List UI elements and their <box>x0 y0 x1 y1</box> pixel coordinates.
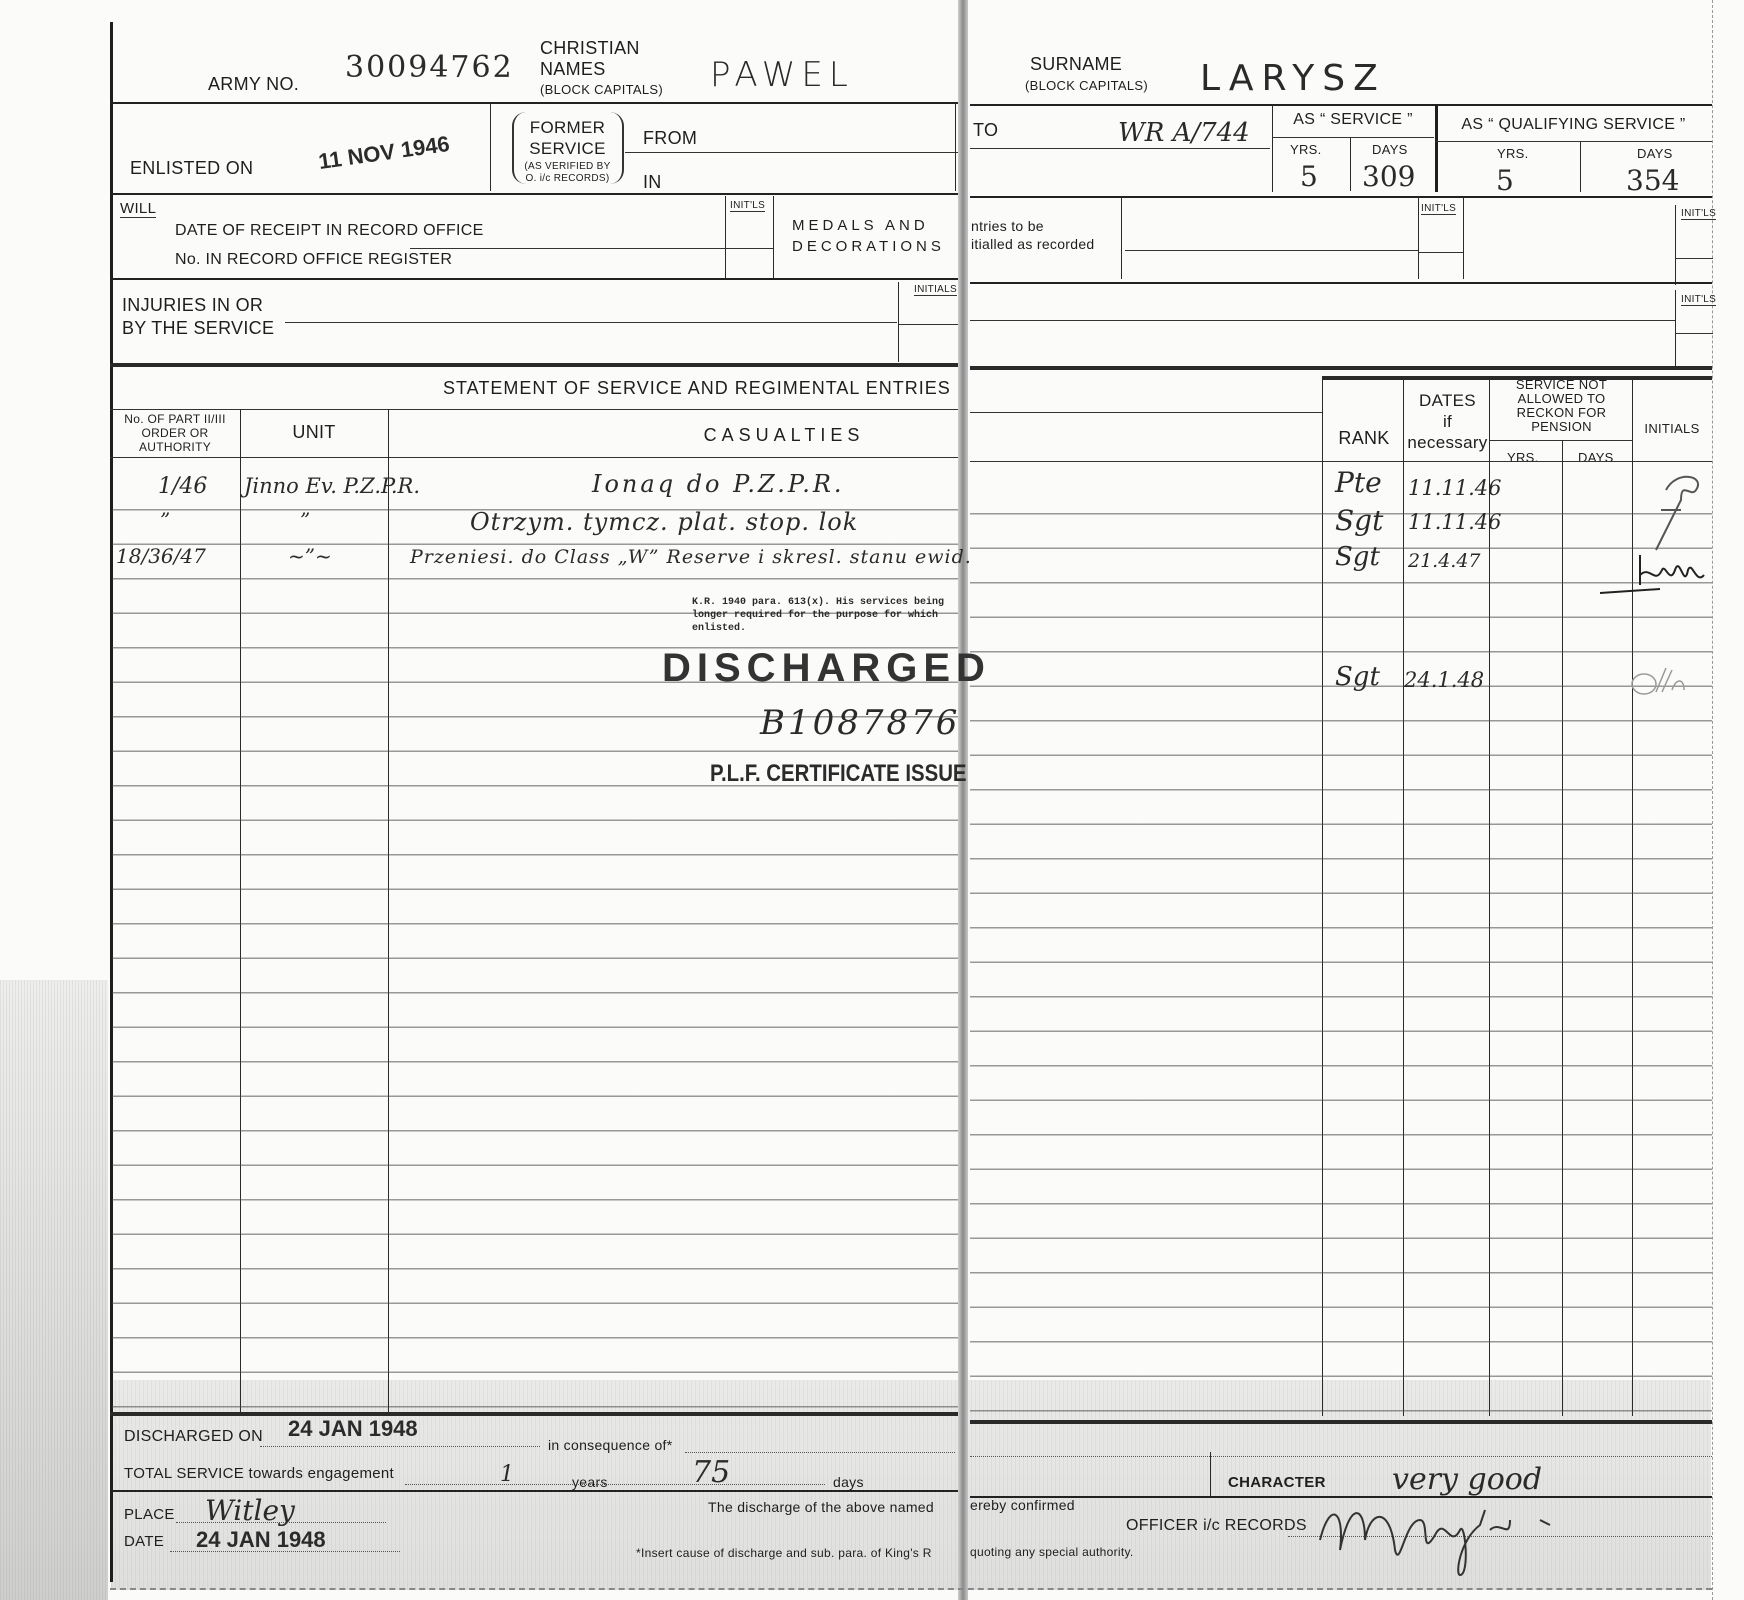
former-service-note: (AS VERIFIED BY <box>520 161 615 172</box>
torn-bottom-edge <box>110 1578 1712 1590</box>
discharge-mid-line-left <box>110 1490 958 1492</box>
col-authority-header: No. OF PART II/III ORDER OR AUTHORITY <box>112 412 238 454</box>
far-initls-mid <box>1675 258 1713 259</box>
total-service-label: TOTAL SERVICE towards engagement <box>124 1465 394 1482</box>
scan-grain-left <box>0 980 108 1600</box>
snap-line-2: ALLOWED TO <box>1490 392 1633 406</box>
header-bottom-line-right <box>970 104 1712 106</box>
place-label: PLACE <box>124 1506 175 1523</box>
column-header-bottom-right <box>970 461 1712 462</box>
enlist-bottom-line-left <box>110 193 958 195</box>
qualifying-underline <box>1435 141 1712 142</box>
row-1-date[interactable]: 11.11.46 <box>1408 476 1502 500</box>
service-yrs-label: YRS. <box>1290 142 1322 157</box>
christian-names-label-2: NAMES <box>540 59 606 80</box>
character-divider <box>1210 1452 1211 1496</box>
medals-initls-right <box>1463 197 1464 279</box>
snap-line-4: PENSION <box>1490 420 1633 434</box>
row-3-date[interactable]: 21.4.47 <box>1408 550 1481 572</box>
qualifying-days-label: DAYS <box>1637 146 1673 161</box>
medals-initls-label: INIT'LS <box>1421 203 1456 215</box>
row-1-casualty[interactable]: Ionaq do P.Z.P.R. <box>592 470 845 498</box>
date-dotline <box>170 1551 400 1552</box>
entries-note-2: itialled as recorded <box>971 236 1095 252</box>
col-dates-line-2: if <box>1405 411 1490 432</box>
row-2-casualty[interactable]: Otrzym. tymcz. plat. stop. lok <box>470 508 858 536</box>
as-qualifying-label: AS “ QUALIFYING SERVICE ” <box>1435 116 1712 134</box>
col-dates-header: DATES if necessary <box>1405 390 1490 453</box>
from-line <box>625 152 958 153</box>
row-1-rank[interactable]: Pte <box>1335 466 1382 499</box>
surname-value[interactable]: LARYSZ <box>1200 58 1386 99</box>
service-yrs-days-divider <box>1350 138 1351 191</box>
qualifying-days-value[interactable]: 354 <box>1626 164 1679 197</box>
row-3-authority[interactable]: 18/36/47 <box>116 544 206 568</box>
injuries-label: INJURIES IN OR <box>122 295 263 316</box>
former-service-label: FORMER <box>520 118 615 138</box>
christian-names-label: CHRISTIAN <box>540 38 640 59</box>
will-initls-mid <box>725 248 773 249</box>
header-bottom-line-left <box>110 102 958 104</box>
will-initls-left <box>725 196 726 278</box>
snap-line-1: SERVICE NOT <box>1490 378 1633 392</box>
row-2-unit[interactable]: ” <box>300 508 310 532</box>
discharge-confirm-text: The discharge of the above named <box>708 1499 934 1515</box>
certificate-number[interactable]: B1087876 <box>760 703 960 743</box>
enlisted-on-label: ENLISTED ON <box>130 158 253 179</box>
injuries-bottom-line-left <box>110 363 958 367</box>
initials-signature-2 <box>1600 545 1710 600</box>
entries-divider <box>1121 197 1122 279</box>
date-label: DATE <box>124 1533 164 1550</box>
footnote-text-2: quoting any special authority. <box>970 1545 1134 1559</box>
statement-title-underline-right <box>970 412 1322 413</box>
date-of-receipt-label: DATE OF RECEIPT IN RECORD OFFICE <box>175 222 484 240</box>
will-bottom-line-left <box>110 278 958 280</box>
register-no-label: No. IN RECORD OFFICE REGISTER <box>175 251 452 269</box>
date-of-receipt-line <box>410 248 725 249</box>
injuries-line <box>285 322 897 323</box>
entries-line <box>1125 250 1418 251</box>
row-3-rank[interactable]: Sgt <box>1335 542 1380 572</box>
col-initials-header: INITIALS <box>1633 421 1711 436</box>
footnote-text: *Insert cause of discharge and sub. para… <box>636 1546 932 1560</box>
right-edge-enlist <box>955 103 956 191</box>
former-service-note-2: O. i/c RECORDS) <box>520 173 615 184</box>
will-bottom-line-right <box>970 282 1712 284</box>
to-line <box>970 148 1270 149</box>
injuries-initials-mid <box>898 324 958 325</box>
medals-label-2: DECORATIONS <box>792 238 945 255</box>
character-dotline-1 <box>970 1456 1712 1457</box>
qualifying-yrs-days-divider <box>1580 142 1581 192</box>
days-label: days <box>833 1474 864 1490</box>
col-yrs-header: YRS. <box>1507 450 1539 465</box>
army-no-label: ARMY NO. <box>208 74 299 95</box>
plf-certificate-stamp: P.L.F. CERTIFICATE ISSUE <box>710 760 967 788</box>
far-initls-left <box>1675 205 1676 285</box>
snap-line-3: RECKON FOR <box>1490 406 1633 420</box>
discharged-on-dotline <box>260 1446 540 1447</box>
discharge-confirm-text-2: ereby confirmed <box>970 1497 1075 1513</box>
statement-title: STATEMENT OF SERVICE AND REGIMENTAL ENTR… <box>443 378 951 399</box>
service-days-value[interactable]: 309 <box>1362 160 1415 193</box>
statement-title-underline-left <box>110 409 958 410</box>
total-days-value[interactable]: 75 <box>692 1455 730 1490</box>
will-label: WILL <box>120 200 156 218</box>
enlist-bottom-line-right <box>970 196 1712 198</box>
table-bottom-line-right <box>970 1420 1712 1424</box>
to-label: TO <box>973 120 998 141</box>
officer-signature <box>1310 1480 1610 1580</box>
right-statement-top-line <box>1322 376 1712 380</box>
total-service-dotline <box>405 1484 825 1485</box>
table-bottom-line-left <box>110 1412 958 1416</box>
col-authority-line-1: No. OF PART II/III <box>112 412 238 426</box>
enlisted-divider <box>490 103 491 191</box>
medals-label: MEDALS AND <box>792 217 929 234</box>
injuries-label-2: BY THE SERVICE <box>122 318 274 339</box>
place-dotline <box>176 1522 386 1523</box>
row-2-date[interactable]: 11.11.46 <box>1408 510 1502 534</box>
initials-signature-3 <box>1628 662 1698 702</box>
kr-stamp-text: K.R. 1940 para. 613(x). His services bei… <box>692 596 954 635</box>
army-no-value[interactable]: 30094762 <box>345 50 514 85</box>
injuries-right-initls-mid <box>1675 333 1713 334</box>
injuries-initials-left <box>898 282 899 362</box>
col-unit-header: UNIT <box>240 422 388 443</box>
col-authority-line-3: AUTHORITY <box>112 440 238 454</box>
row-3-unit[interactable]: ~”~ <box>288 544 332 568</box>
will-initls-right <box>773 196 774 278</box>
row-2-authority[interactable]: ” <box>160 508 170 532</box>
in-label: IN <box>643 172 662 193</box>
total-years-value[interactable]: 1 <box>500 1462 514 1487</box>
medals-initls-left <box>1418 197 1419 279</box>
discharged-stamp: DISCHARGED <box>662 646 991 691</box>
christian-names-value[interactable]: PAWEL <box>710 55 854 95</box>
ruled-lines-right <box>970 480 1712 1416</box>
row-1-authority[interactable]: 1/46 <box>158 474 207 499</box>
medals-initls-mid <box>1418 252 1463 253</box>
right-margin-border <box>1712 0 1713 1600</box>
service-days-label: DAYS <box>1372 142 1408 157</box>
col-dates-line-3: necessary <box>1405 432 1490 453</box>
in-consequence-dotline <box>685 1452 955 1453</box>
col-casualties-header: CASUALTIES <box>390 425 958 446</box>
qualifying-yrs-label: YRS. <box>1497 146 1529 161</box>
row-2-rank[interactable]: Sgt <box>1335 504 1383 537</box>
discharge-row-date[interactable]: 24.1.48 <box>1404 668 1484 692</box>
surname-block-capitals: (BLOCK CAPITALS) <box>1025 78 1148 93</box>
as-service-label: AS “ SERVICE ” <box>1272 111 1434 129</box>
from-label: FROM <box>643 128 697 149</box>
injuries-bottom-line-right <box>970 366 1712 370</box>
as-service-underline <box>1272 137 1434 138</box>
injuries-right-initls-label: INIT'LS <box>1681 294 1716 306</box>
entries-note: ntries to be <box>971 218 1044 234</box>
col-dates-line-1: DATES <box>1405 390 1490 411</box>
row-3-casualty[interactable]: Przeniesi. do Class „W” Reserve i skresl… <box>410 546 972 568</box>
injuries-right-line-1 <box>970 320 1675 321</box>
discharged-on-value[interactable]: 24 JAN 1948 <box>288 1416 418 1442</box>
col-rank-header: RANK <box>1323 428 1405 449</box>
service-yrs-value[interactable]: 5 <box>1300 160 1318 193</box>
years-label: years <box>572 1474 608 1490</box>
column-header-bottom-left <box>110 457 958 458</box>
col-authority-line-2: ORDER OR <box>112 426 238 440</box>
qualifying-yrs-value[interactable]: 5 <box>1496 164 1514 197</box>
discharge-row-rank[interactable]: Sgt <box>1335 662 1380 692</box>
injuries-initials-label: INITIALS <box>914 284 957 296</box>
discharged-on-label: DISCHARGED ON <box>124 1428 263 1446</box>
date-value[interactable]: 24 JAN 1948 <box>196 1527 326 1553</box>
row-1-unit[interactable]: Jinno Ev. P.Z.P.R. <box>244 474 420 498</box>
officer-label: OFFICER i/c RECORDS <box>1126 1517 1307 1535</box>
col-service-not-allowed-header: SERVICE NOT ALLOWED TO RECKON FOR PENSIO… <box>1490 378 1633 434</box>
col-days-header: DAYS <box>1578 450 1614 465</box>
in-consequence-label: in consequence of* <box>548 1437 673 1453</box>
will-initls-label: INIT'LS <box>730 200 765 212</box>
to-value[interactable]: WR A/744 <box>1118 118 1250 148</box>
former-service-label-2: SERVICE <box>520 139 615 159</box>
far-initls-label: INIT'LS <box>1681 208 1716 220</box>
injuries-right-initls-left <box>1675 290 1676 370</box>
christian-names-block-capitals: (BLOCK CAPITALS) <box>540 82 663 97</box>
surname-label: SURNAME <box>1030 54 1122 75</box>
page-gutter <box>958 0 968 1600</box>
